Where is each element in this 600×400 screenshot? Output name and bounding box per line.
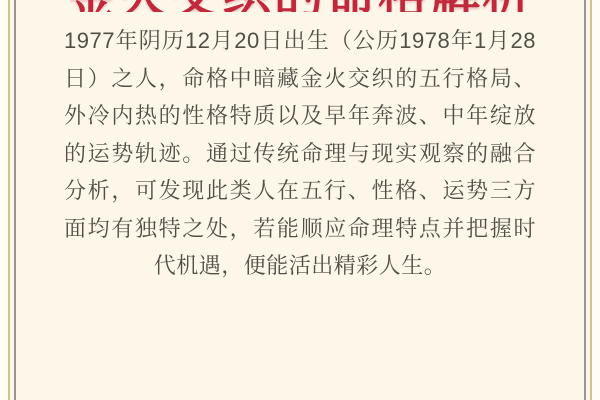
article-card: 金火交织的命格解析 1977年阴历12月20日出生（公历1978年1月28日）之… [0,0,600,400]
frame-line-gray-left [14,0,16,400]
article-body: 1977年阴历12月20日出生（公历1978年1月28日）之人，命格中暗藏金火交… [64,22,536,285]
left-edge-strip [0,0,8,400]
frame-line-gold-right [590,0,592,400]
body-paragraph: 1977年阴历12月20日出生（公历1978年1月28日）之人，命格中暗藏金火交… [64,22,536,285]
frame-line-gold-left [8,0,10,400]
page-title: 金火交织的命格解析 [66,0,534,12]
frame-line-gray-right [584,0,586,400]
right-edge-strip [592,0,600,400]
clipped-red-title: 金火交织的命格解析 [20,0,580,12]
